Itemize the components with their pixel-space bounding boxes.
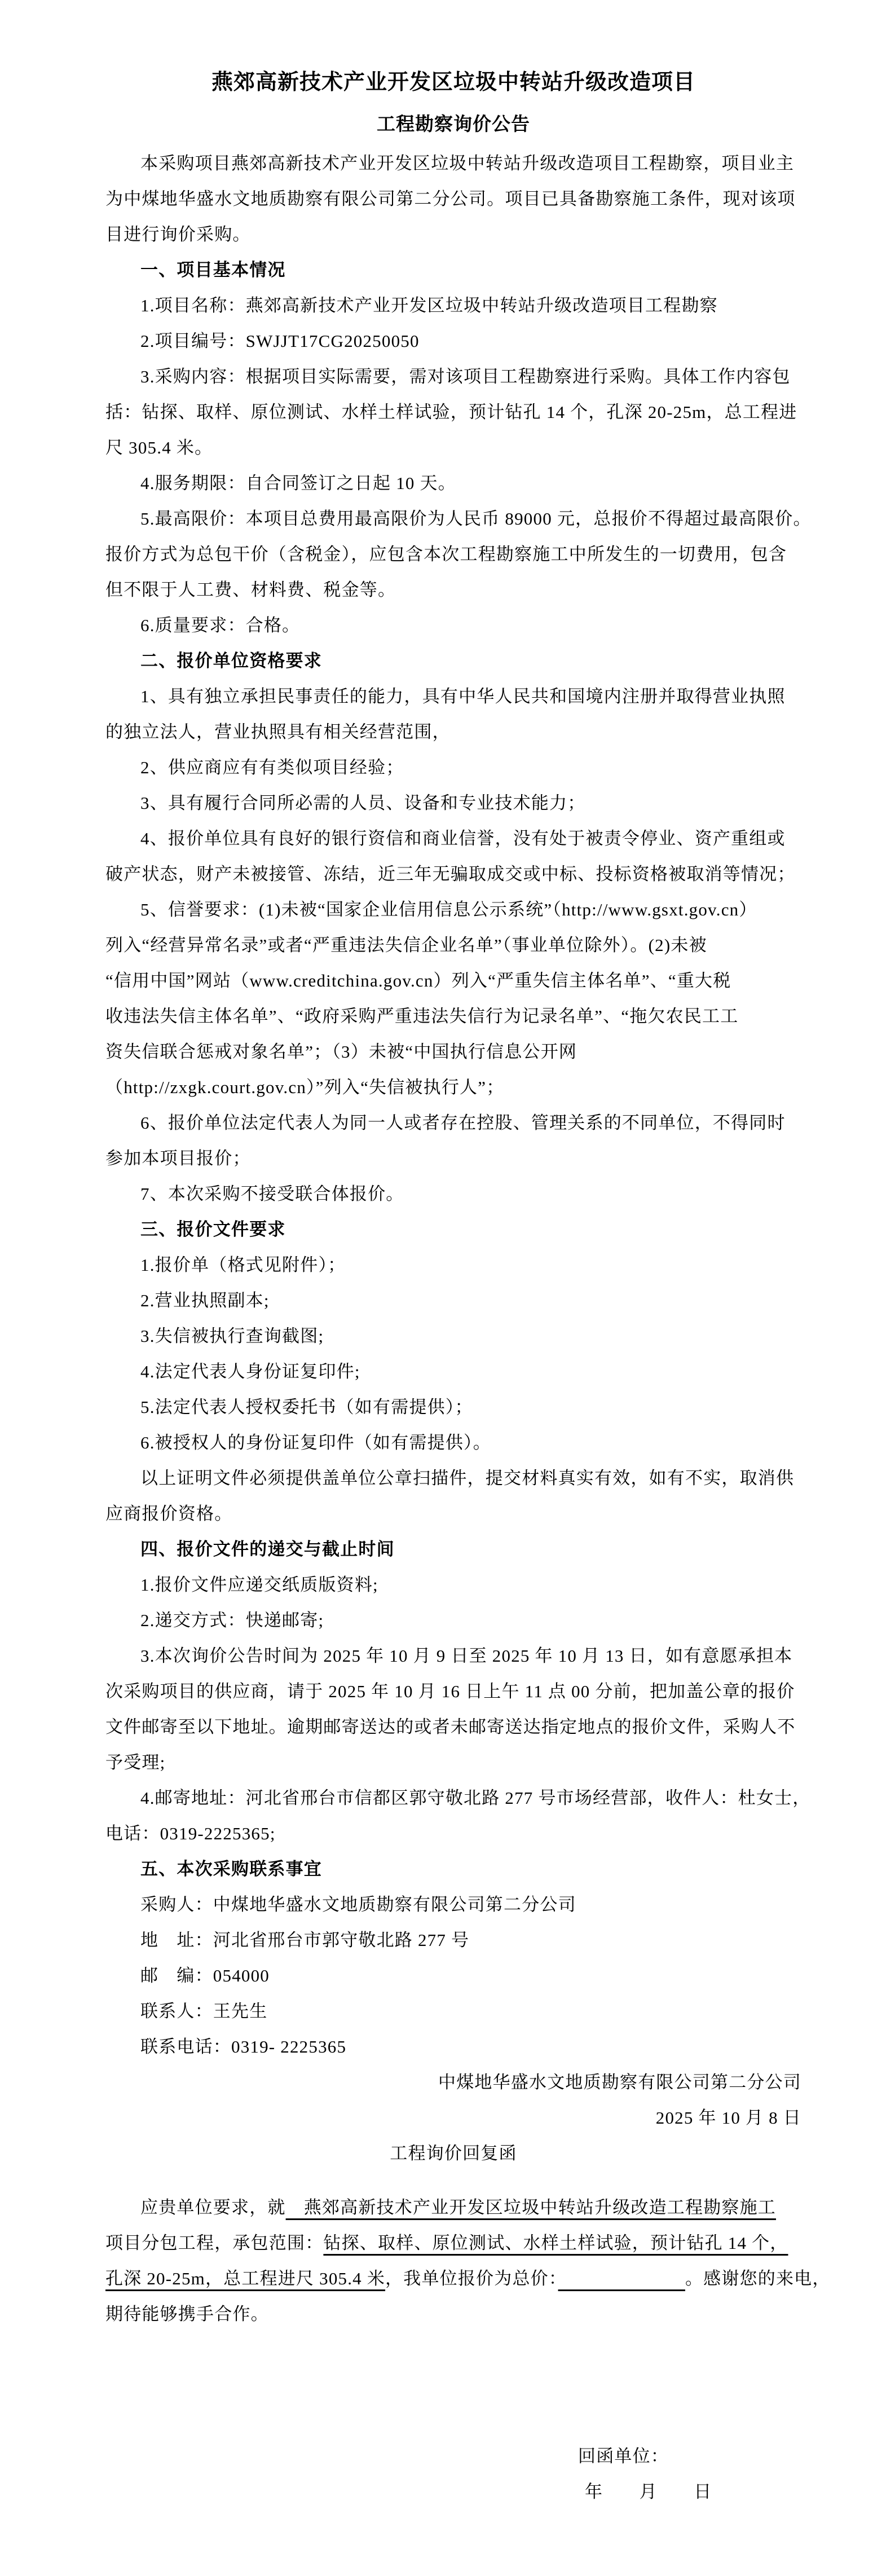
text-run: 应贵单位要求，就 [140, 2198, 286, 2217]
doc-subtitle: 工程勘察询价公告 [105, 104, 801, 146]
doc-line [105, 2332, 801, 2367]
doc-line: 目进行询价采购。 [105, 217, 801, 252]
text-run: 项目分包工程，承包范围： [105, 2233, 323, 2253]
underlined-text [558, 2269, 685, 2288]
doc-line: 项目分包工程，承包范围：钻探、取样、原位测试、水样土样试验，预计钻孔 14 个， [105, 2225, 801, 2261]
doc-line: 应贵单位要求，就 燕郊高新技术产业开发区垃圾中转站升级改造工程勘察施工 [105, 2190, 801, 2225]
doc-line: 中煤地华盛水文地质勘察有限公司第二分公司 [105, 2064, 801, 2100]
doc-line: 3.失信被执行查询截图; [105, 1318, 801, 1354]
doc-line: 尺 305.4 米。 [105, 430, 801, 465]
doc-line: 年 月 日 [105, 2474, 801, 2509]
doc-line: 地 址：河北省邢台市郭守敬北路 277 号 [105, 1922, 801, 1958]
doc-line: 6.被授权人的身份证复印件（如有需提供）。 [105, 1425, 801, 1460]
doc-line: 孔深 20-25m，总工程进尺 305.4 米，我单位报价为总价： 。感谢您的来… [105, 2261, 801, 2296]
doc-line: 1.报价文件应递交纸质版资料; [105, 1567, 801, 1602]
doc-line: 应商报价资格。 [105, 1496, 801, 1531]
doc-line: 参加本项目报价； [105, 1141, 801, 1176]
doc-line: 为中煤地华盛水文地质勘察有限公司第二分公司。项目已具备勘察施工条件，现对该项 [105, 181, 801, 217]
doc-line: 括：钻探、取样、原位测试、水样土样试验，预计钻孔 14 个，孔深 20-25m，… [105, 394, 801, 430]
doc-line: 6、报价单位法定代表人为同一人或者存在控股、管理关系的不同单位，不得同时 [105, 1105, 801, 1141]
doc-line: 次采购项目的供应商，请于 2025 年 10 月 16 日上午 11 点 00 … [105, 1674, 801, 1709]
doc-line: 2、供应商应有有类似项目经验； [105, 750, 801, 785]
doc-line: 6.质量要求：合格。 [105, 607, 801, 643]
doc-body: 本采购项目燕郊高新技术产业开发区垃圾中转站升级改造项目工程勘察，项目业主为中煤地… [105, 146, 801, 2509]
doc-line: 2025 年 10 月 8 日 [105, 2100, 801, 2135]
underlined-text: 钻探、取样、原位测试、水样土样试验，预计钻孔 14 个， [323, 2233, 788, 2253]
doc-line: 但不限于人工费、材料费、税金等。 [105, 572, 801, 607]
doc-line: 邮 编：054000 [105, 1958, 801, 1993]
doc-line: 的独立法人，营业执照具有相关经营范围， [105, 714, 801, 750]
doc-line: 回函单位： [105, 2438, 801, 2474]
doc-line: 1、具有独立承担民事责任的能力，具有中华人民共和国境内注册并取得营业执照 [105, 679, 801, 714]
doc-line: 予受理; [105, 1745, 801, 1780]
doc-line: 报价方式为总包干价（含税金），应包含本次工程勘察施工中所发生的一切费用，包含 [105, 536, 801, 572]
doc-line: 4、报价单位具有良好的银行资信和商业信誉，没有处于被责令停业、资产重组或 [105, 821, 801, 856]
doc-line: 3.本次询价公告时间为 2025 年 10 月 9 日至 2025 年 10 月… [105, 1638, 801, 1674]
doc-line: 本采购项目燕郊高新技术产业开发区垃圾中转站升级改造项目工程勘察，项目业主 [105, 146, 801, 181]
doc-line: 四、报价文件的递交与截止时间 [105, 1531, 801, 1567]
doc-line: （http://zxgk.court.gov.cn）”列入“失信被执行人”； [105, 1069, 801, 1105]
doc-line: 4.邮寄地址：河北省邢台市信都区郭守敬北路 277 号市场经营部，收件人：杜女士… [105, 1780, 801, 1816]
doc-line: 2.递交方式：快递邮寄; [105, 1602, 801, 1638]
document-page: 燕郊高新技术产业开发区垃圾中转站升级改造项目 工程勘察询价公告 本采购项目燕郊高… [0, 0, 895, 2576]
doc-title: 燕郊高新技术产业开发区垃圾中转站升级改造项目 [105, 61, 801, 104]
doc-line: “信用中国”网站（www.creditchina.gov.cn）列入“严重失信主… [105, 963, 801, 998]
doc-line: 采购人：中煤地华盛水文地质勘察有限公司第二分公司 [105, 1887, 801, 1922]
doc-line: 4.法定代表人身份证复印件; [105, 1354, 801, 1389]
underlined-text: 燕郊高新技术产业开发区垃圾中转站升级改造工程勘察施工 [286, 2198, 776, 2217]
doc-line: 五、本次采购联系事宜 [105, 1851, 801, 1887]
doc-line: 期待能够携手合作。 [105, 2296, 801, 2332]
doc-line: 5.法定代表人授权委托书（如有需提供）； [105, 1389, 801, 1425]
doc-line: 二、报价单位资格要求 [105, 643, 801, 679]
doc-line: 资失信联合惩戒对象名单”；（3）未被“中国执行信息公开网 [105, 1034, 801, 1069]
doc-line: 4.服务期限：自合同签订之日起 10 天。 [105, 465, 801, 501]
doc-line: 工程询价回复函 [105, 2135, 801, 2171]
doc-line: 三、报价文件要求 [105, 1212, 801, 1247]
text-run: ，我单位报价为总价： [385, 2269, 558, 2288]
doc-line [105, 2367, 801, 2403]
text-run: 。感谢您的来电， [685, 2269, 831, 2288]
doc-line: 1.项目名称：燕郊高新技术产业开发区垃圾中转站升级改造项目工程勘察 [105, 288, 801, 323]
doc-line: 1.报价单（格式见附件）； [105, 1247, 801, 1283]
doc-line: 文件邮寄至以下地址。逾期邮寄送达的或者未邮寄送达指定地点的报价文件，采购人不 [105, 1709, 801, 1745]
doc-line: 以上证明文件必须提供盖单位公章扫描件，提交材料真实有效，如有不实，取消供 [105, 1460, 801, 1496]
doc-line: 5、信誉要求：(1)未被“国家企业信用信息公示系统”（http://www.gs… [105, 892, 801, 927]
doc-line: 2.营业执照副本; [105, 1283, 801, 1318]
doc-line: 联系人：王先生 [105, 1993, 801, 2029]
doc-line: 破产状态，财产未被接管、冻结，近三年无骗取成交或中标、投标资格被取消等情况； [105, 856, 801, 892]
underlined-text: 孔深 20-25m，总工程进尺 305.4 米 [105, 2269, 385, 2288]
doc-line: 7、本次采购不接受联合体报价。 [105, 1176, 801, 1212]
doc-line: 2.项目编号：SWJJT17CG20250050 [105, 323, 801, 359]
doc-line: 电话：0319-2225365; [105, 1816, 801, 1851]
doc-line: 联系电话：0319- 2225365 [105, 2029, 801, 2064]
doc-line: 列入“经营异常名录”或者“严重违法失信企业名单”（事业单位除外）。(2)未被 [105, 927, 801, 963]
doc-line: 5.最高限价：本项目总费用最高限价为人民币 89000 元，总报价不得超过最高限… [105, 501, 801, 536]
doc-line [105, 2403, 801, 2438]
doc-line: 3、具有履行合同所必需的人员、设备和专业技术能力； [105, 785, 801, 821]
doc-line: 一、项目基本情况 [105, 252, 801, 288]
doc-line: 3.采购内容：根据项目实际需要，需对该项目工程勘察进行采购。具体工作内容包 [105, 359, 801, 394]
doc-line: 收违法失信主体名单”、“政府采购严重违法失信行为记录名单”、“拖欠农民工工 [105, 998, 801, 1034]
